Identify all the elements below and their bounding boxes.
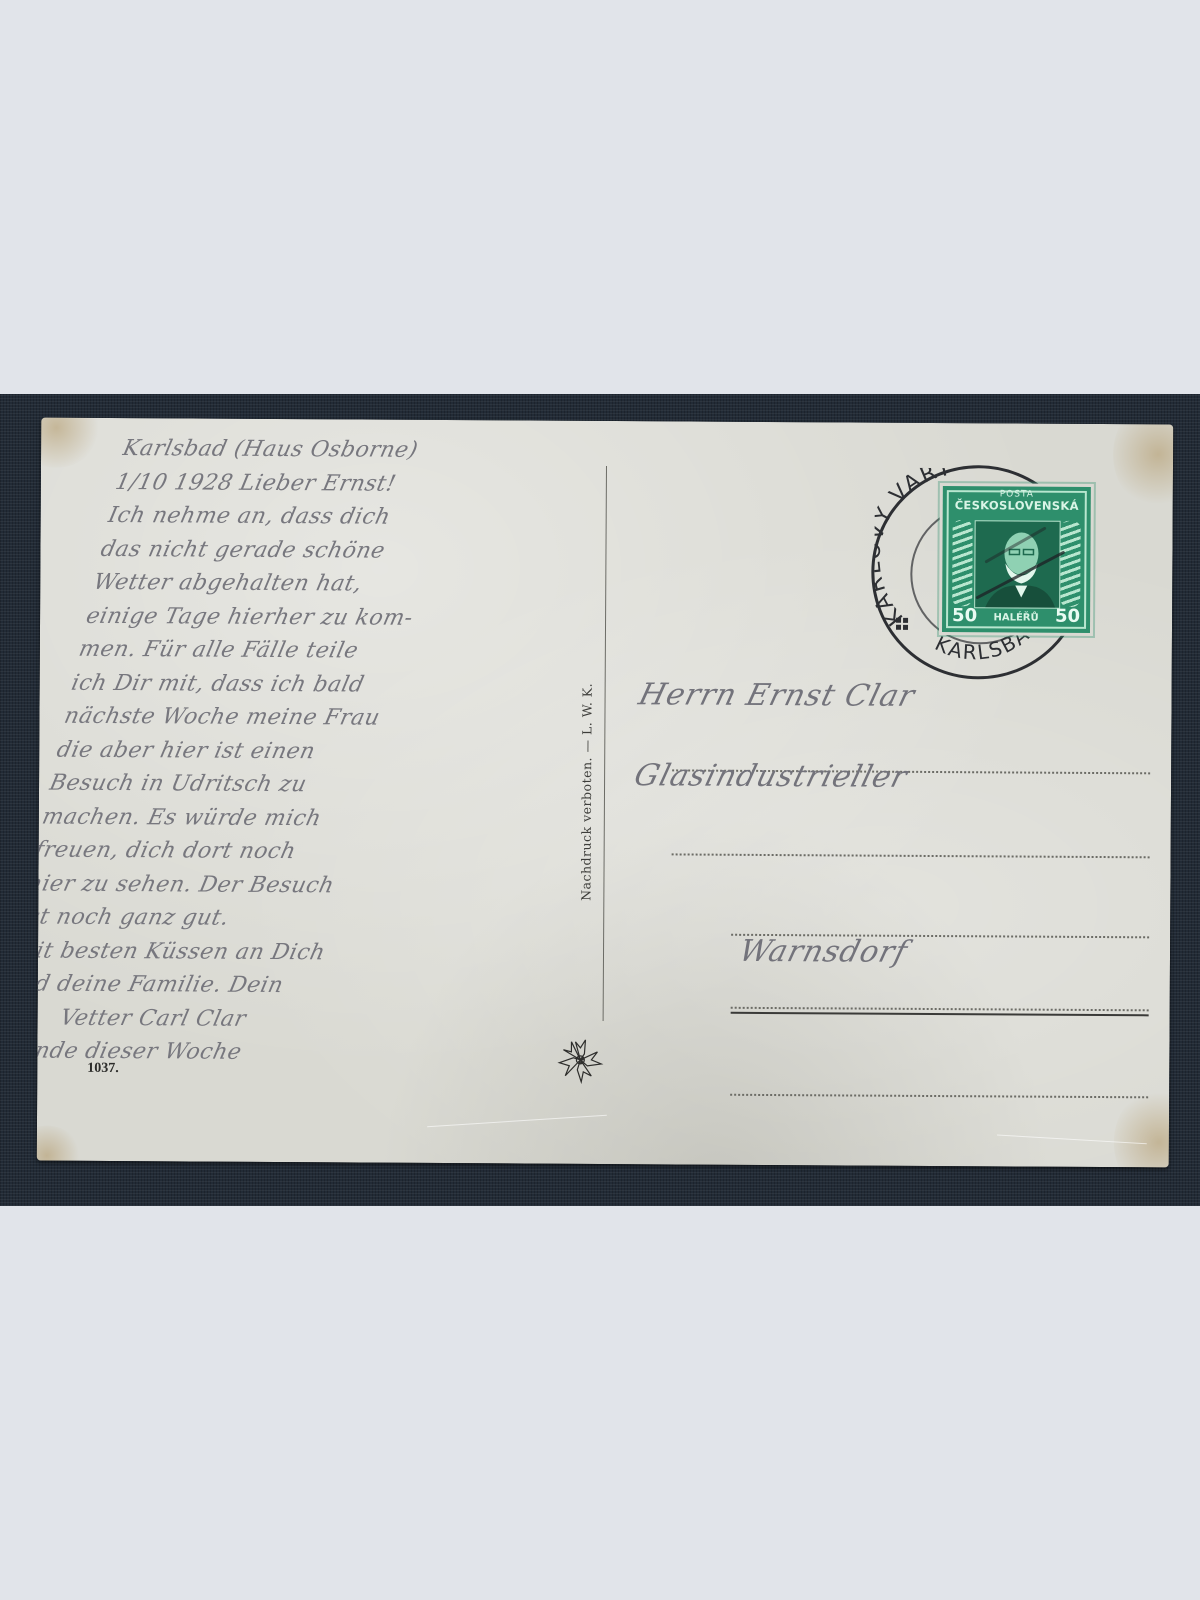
address-rule (731, 1007, 1149, 1012)
publisher-imprint: Nachdruck verboten. — L. W. K. (578, 571, 600, 901)
handwritten-message: Karlsbad (Haus Osborne) 1/10 1928 Lieber… (37, 432, 667, 1071)
message-line: men. Für alle Fälle teile (76, 633, 623, 670)
message-line: die aber hier ist einen (54, 733, 601, 770)
address-rule (730, 1094, 1148, 1099)
address-line-4: Warnsdorf (736, 934, 912, 970)
message-line: Besuch in Udritsch zu (46, 767, 593, 804)
address-line-2: Glasindustrieller (631, 758, 912, 795)
card-number: 1037. (87, 1061, 119, 1077)
stamp-country: ČESKOSLOVENSKÁ (943, 499, 1091, 512)
address-rule (672, 853, 1150, 858)
age-stain (1113, 418, 1174, 510)
message-line: hier zu sehen. Der Besuch (37, 867, 572, 904)
laurel-left-icon (952, 520, 973, 606)
message-signature: Vetter Carl Clar (37, 1001, 543, 1038)
message-line: nächste Woche meine Frau (61, 700, 608, 737)
laurel-right-icon (1060, 521, 1081, 607)
message-line: ist noch ganz gut. (37, 900, 565, 937)
paper-crease (427, 1115, 607, 1127)
message-line: ich Dir mit, dass ich bald (68, 666, 615, 703)
stamp-value-right: 50 (1055, 606, 1080, 627)
postcard: Karlsbad (Haus Osborne) 1/10 1928 Lieber… (37, 418, 1174, 1168)
message-line: machen. Es würde mich (39, 800, 586, 837)
message-line: Karlsbad (Haus Osborne) (120, 432, 667, 469)
message-line: 1/10 1928 Lieber Ernst! (112, 466, 659, 503)
message-line: Ich nehme an, dass dich (105, 499, 652, 536)
message-line: Wetter abgehalten hat, (90, 566, 637, 603)
stamp-header: POSTA ČESKOSLOVENSKÁ (943, 490, 1091, 512)
address-rule-city (731, 1012, 1149, 1017)
edelweiss-icon (557, 1036, 603, 1084)
age-stain (1114, 1087, 1174, 1167)
address-line-1: Herrn Ernst Clar (635, 677, 919, 714)
message-line: einige Tage hierher zu kom- (83, 599, 630, 636)
postage-stamp: POSTA ČESKOSLOVENSKÁ 50 HALÉŘŮ 50 (942, 486, 1091, 633)
message-line: freuen, dich dort noch (37, 834, 579, 871)
message-line: das nicht gerade schöne (98, 532, 645, 569)
bearded-man-portrait-icon (974, 520, 1061, 609)
message-line: und deine Familie. Dein (37, 967, 550, 1004)
age-stain (37, 418, 102, 468)
message-line: Mit besten Küssen an Dich (37, 934, 557, 971)
